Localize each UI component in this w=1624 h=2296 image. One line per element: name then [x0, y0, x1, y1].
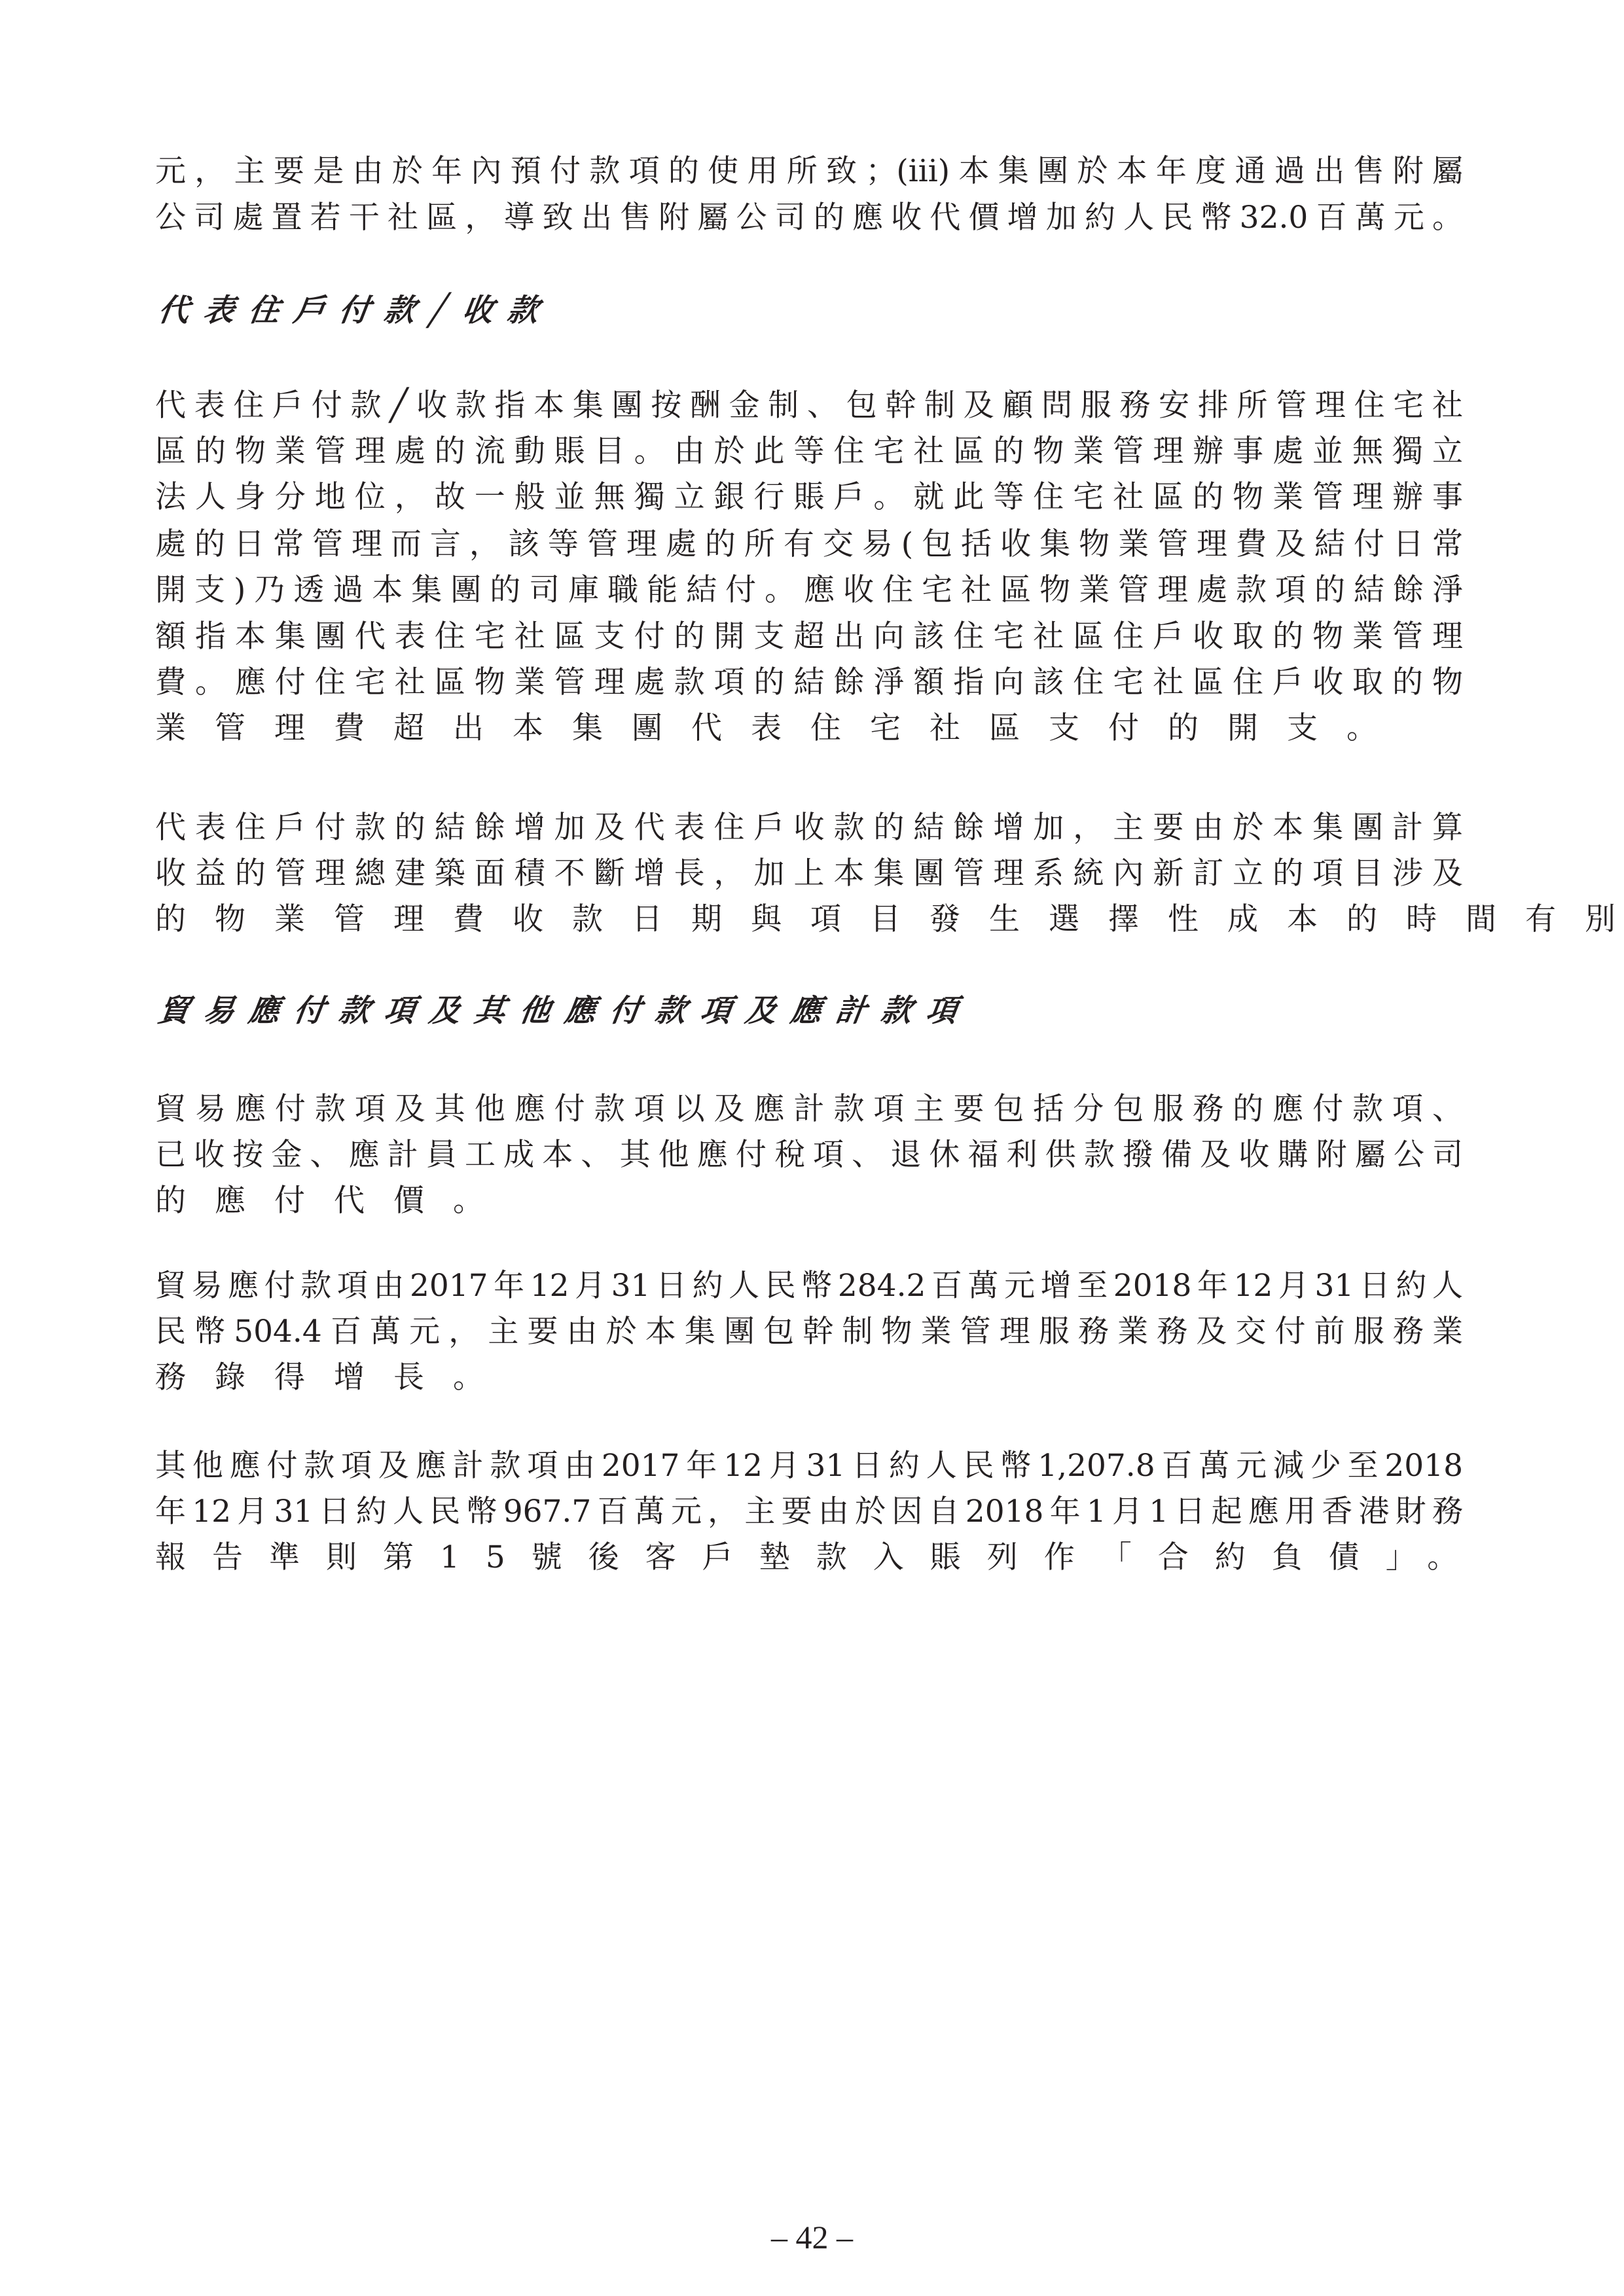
- trade-payables-p1-line-1: 貿易應付款項及其他應付款項以及應計款項主要包括分包服務的應付款項、: [155, 1086, 1463, 1132]
- page-number: – 42 –: [0, 2217, 1624, 2257]
- resident-payments-p1-line-2: 區的物業管理處的流動賬目。由於此等住宅社區的物業管理辦事處並無獨立: [155, 429, 1463, 475]
- trade-payables-p3-line-1: 其他應付款項及應計款項由2017年12月31日約人民幣1,207.8百萬元減少至…: [155, 1443, 1463, 1489]
- trade-payables-p2-line-3: 務錄得增長。: [155, 1355, 1463, 1401]
- trade-payables-p3-line-3: 報告準則第15號後客戶墊款入賬列作「合約負債」。: [155, 1535, 1463, 1581]
- resident-payments-p1-line-7: 費。應付住宅社區物業管理處款項的結餘淨額指向該住宅社區住戶收取的物: [155, 660, 1463, 706]
- continuation-line-2: 公司處置若干社區，導致出售附屬公司的應收代價增加約人民幣32.0百萬元。: [155, 195, 1463, 241]
- trade-payables-p2-line-2: 民幣504.4百萬元，主要由於本集團包幹制物業管理服務業務及交付前服務業: [155, 1309, 1463, 1355]
- resident-payments-p2-line-1: 代表住戶付款的結餘增加及代表住戶收款的結餘增加，主要由於本集團計算: [155, 805, 1463, 851]
- resident-payments-p1-line-5: 開支)乃透過本集團的司庫職能結付。應收住宅社區物業管理處款項的結餘淨: [155, 567, 1463, 613]
- trade-payables-p3-line-2: 年12月31日約人民幣967.7百萬元，主要由於因自2018年1月1日起應用香港…: [155, 1489, 1463, 1535]
- resident-payments-p1-line-4: 處的日常管理而言，該等管理處的所有交易(包括收集物業管理費及結付日常: [155, 522, 1463, 567]
- trade-payables-p2-line-1: 貿易應付款項由2017年12月31日約人民幣284.2百萬元增至2018年12月…: [155, 1263, 1463, 1309]
- resident-payments-p1-line-3: 法人身分地位，故一般並無獨立銀行賬戶。就此等住宅社區的物業管理辦事: [155, 475, 1463, 520]
- continuation-line-1: 元，主要是由於年內預付款項的使用所致；(iii)本集團於本年度通過出售附屬: [155, 149, 1463, 194]
- trade-payables-p1-line-3: 的應付代價。: [155, 1178, 1463, 1224]
- section-heading-trade-payables: 貿易應付款項及其他應付款項及應計款項: [155, 988, 975, 1034]
- resident-payments-p1-line-6: 額指本集團代表住宅社區支付的開支超出向該住宅社區住戶收取的物業管理: [155, 614, 1463, 660]
- resident-payments-p1-line-1: 代表住戶付款╱收款指本集團按酬金制、包幹制及顧問服務安排所管理住宅社: [155, 383, 1463, 429]
- section-heading-resident-payments: 代表住戶付款╱收款: [155, 288, 556, 334]
- resident-payments-p1-line-8: 業管理費超出本集團代表住宅社區支付的開支。: [155, 706, 1463, 751]
- document-page: 元，主要是由於年內預付款項的使用所致；(iii)本集團於本年度通過出售附屬 公司…: [0, 0, 1624, 2296]
- resident-payments-p2-line-2: 收益的管理總建築面積不斷增長，加上本集團管理系統內新訂立的項目涉及: [155, 851, 1463, 897]
- trade-payables-p1-line-2: 已收按金、應計員工成本、其他應付稅項、退休福利供款撥備及收購附屬公司: [155, 1132, 1463, 1178]
- resident-payments-p2-line-3: 的物業管理費收款日期與項目發生選擇性成本的時間有別。: [155, 897, 1463, 942]
